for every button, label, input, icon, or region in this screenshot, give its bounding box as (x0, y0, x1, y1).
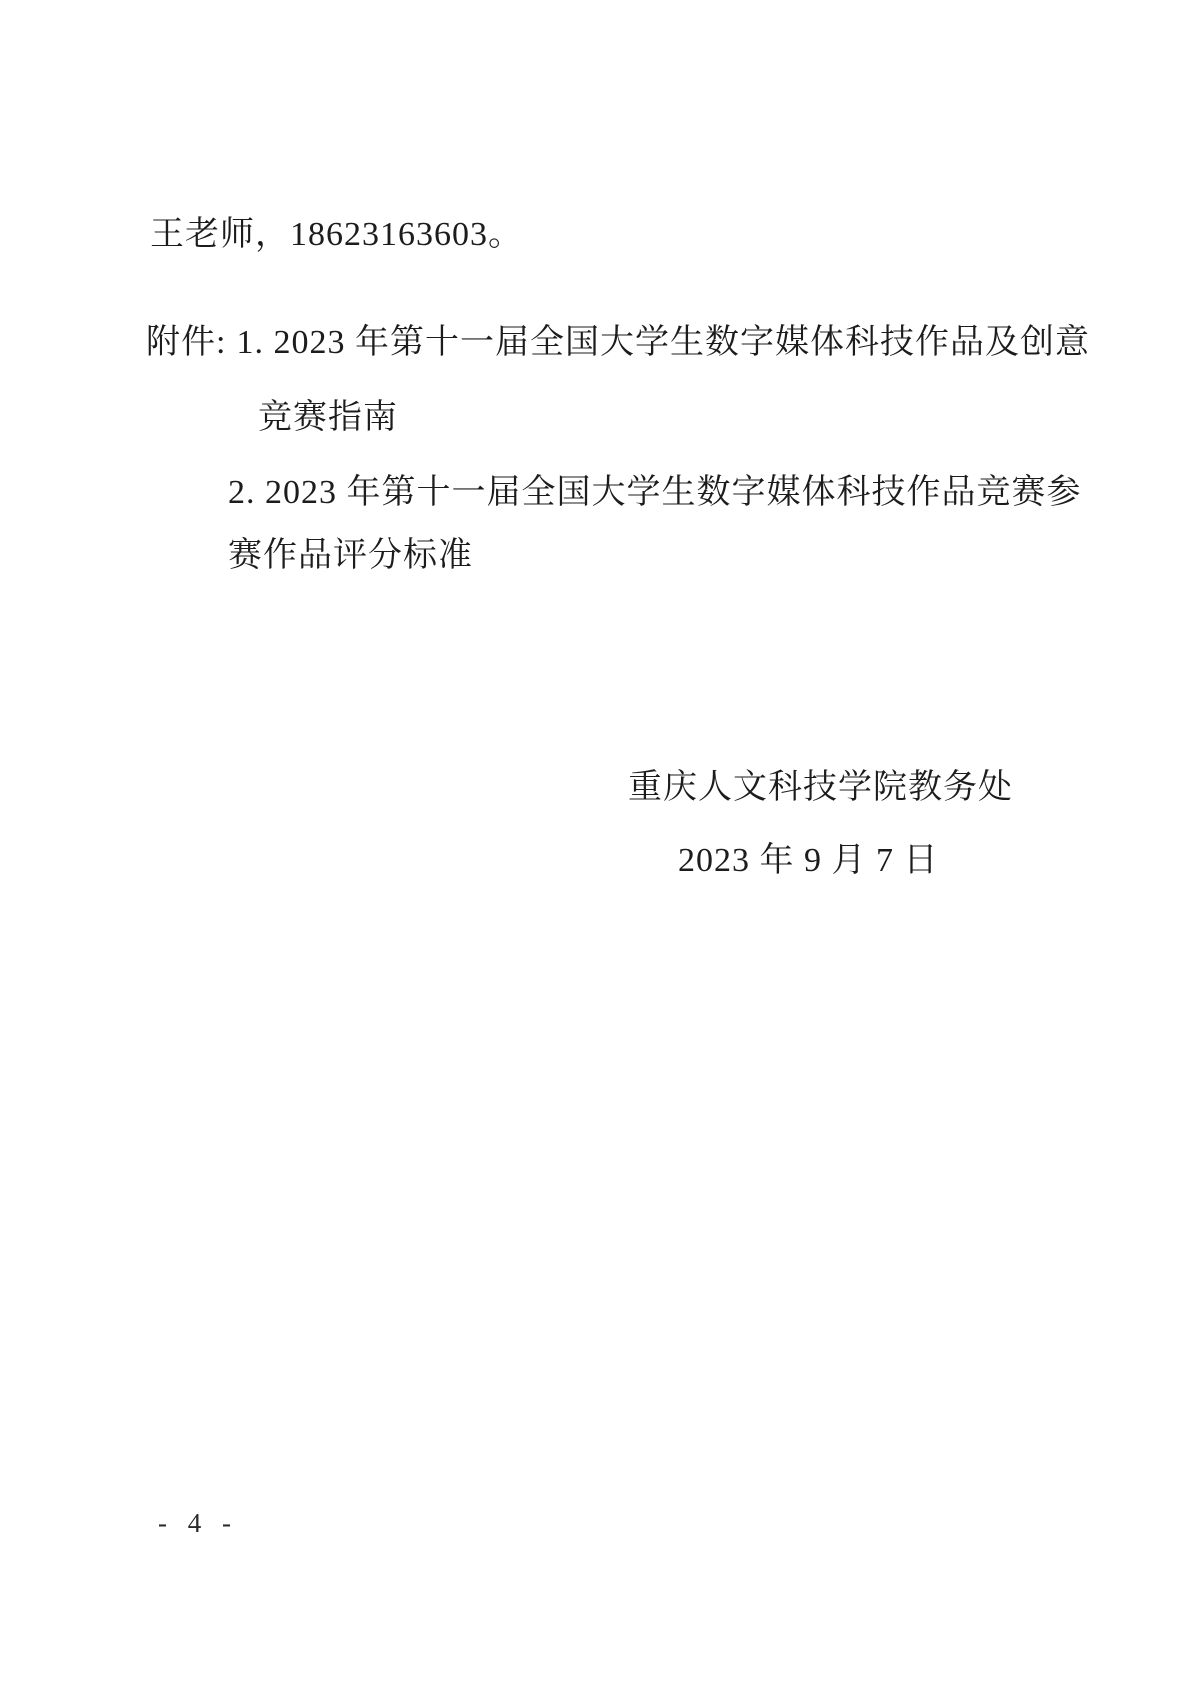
page-number: - 4 - (158, 1508, 238, 1539)
attachments-label: 附件: (146, 324, 226, 361)
attachments-line-1: 附件:1. 2023 年第十一届全国大学生数字媒体科技作品及创意 (146, 323, 1090, 363)
document-page: 王老师，18623163603。 附件:1. 2023 年第十一届全国大学生数字… (0, 0, 1191, 1684)
attachment-1-line-1: 1. 2023 年第十一届全国大学生数字媒体科技作品及创意 (236, 324, 1090, 361)
contact-line: 王老师，18623163603。 (150, 215, 523, 255)
signature-organization: 重庆人文科技学院教务处 (628, 768, 1013, 808)
attachment-2-line-2: 赛作品评分标准 (228, 536, 473, 576)
attachment-2-line-1: 2. 2023 年第十一届全国大学生数字媒体科技作品竞赛参 (228, 473, 1082, 513)
attachment-1-line-2: 竞赛指南 (258, 398, 398, 438)
signature-date: 2023 年 9 月 7 日 (678, 841, 939, 881)
